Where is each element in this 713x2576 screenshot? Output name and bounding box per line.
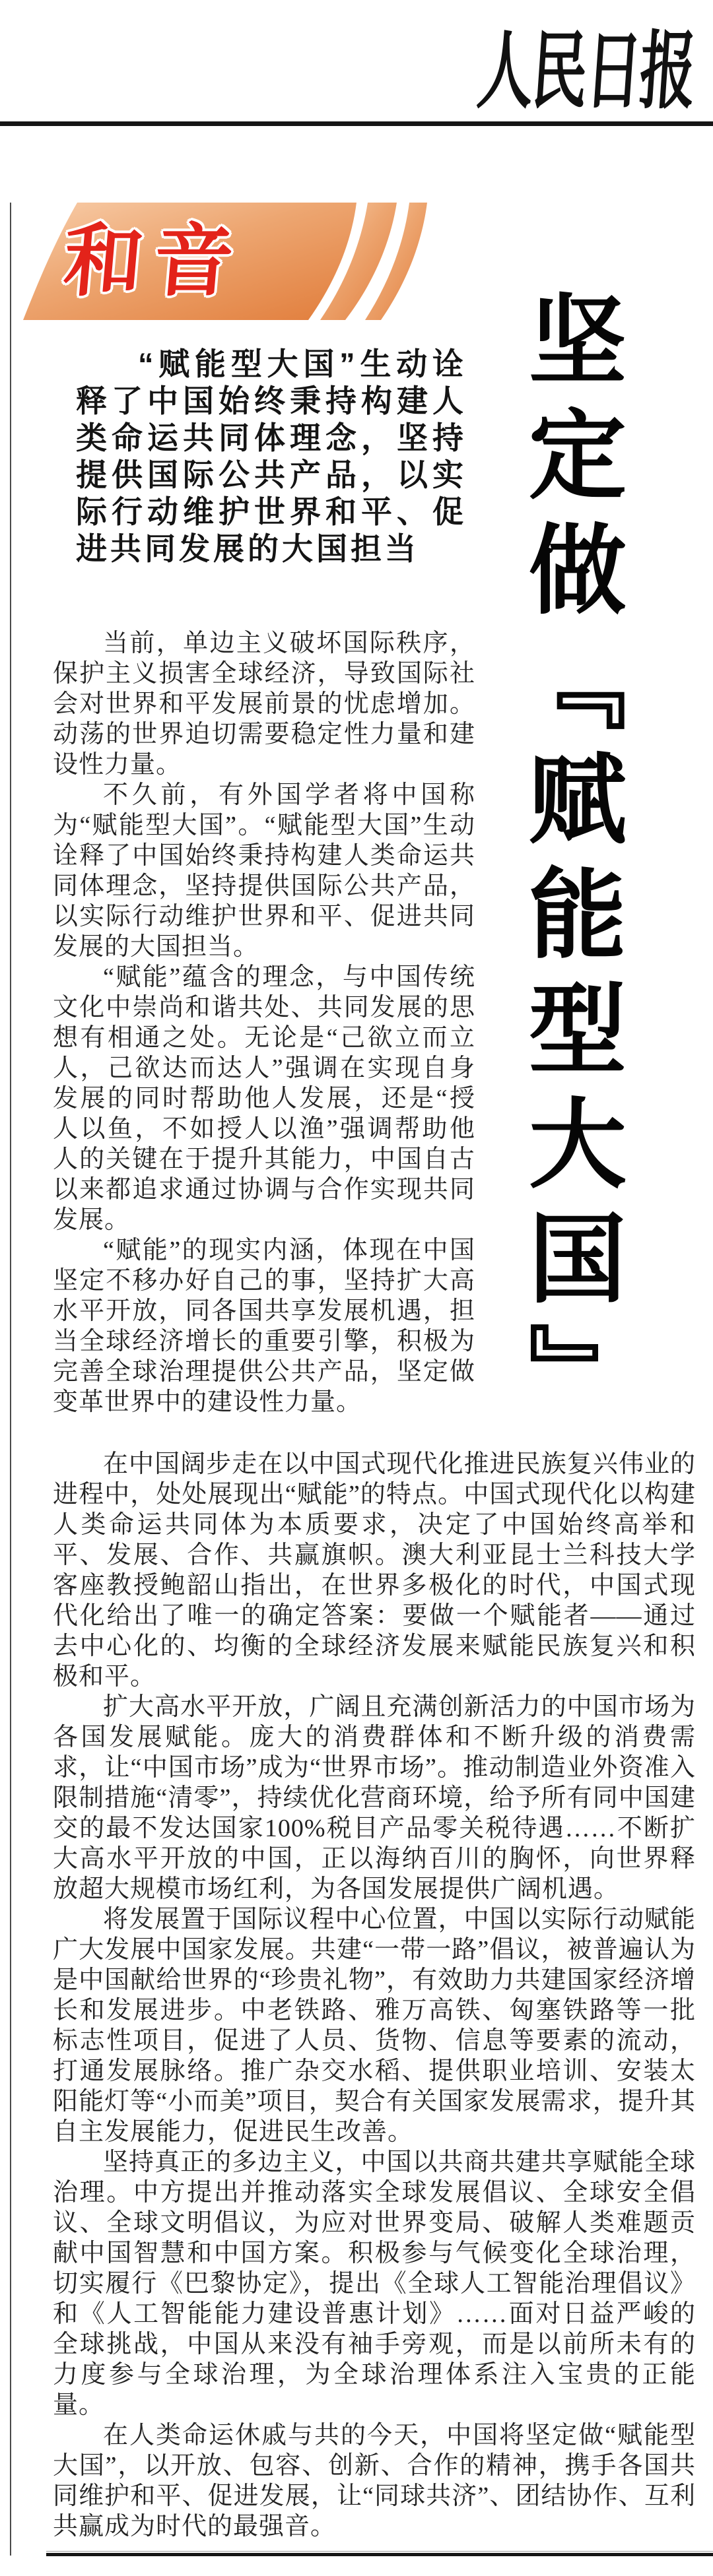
paragraph: 坚持真正的多边主义，中国以共商共建共享赋能全球治理。中方提出并推动落实全球发展倡… — [53, 2147, 696, 2420]
left-column-rule — [10, 203, 11, 2556]
vertical-headline: 坚定做『赋能型大国』 — [516, 289, 622, 1477]
paragraph: 扩大高水平开放，广阔且充满创新活力的中国市场为各国发展赋能。庞大的消费群体和不断… — [53, 1692, 696, 1904]
bottom-double-rule — [46, 2551, 713, 2556]
newspaper-page: 人民日报 和音 坚定做『赋能型大国』 “赋能型大国”生动诠释了中国始终秉持构建人… — [0, 0, 713, 2576]
column-banner: 和音 — [23, 203, 432, 320]
paragraph: 将发展置于国际议程中心位置，中国以实际行动赋能广大发展中国家发展。共建“一带一路… — [53, 1904, 696, 2147]
column-banner-label: 和音 — [59, 212, 248, 311]
article-body-narrow: 当前，单边主义破坏国际秩序，保护主义损害全球经济，导致国际社会对世界和平发展前景… — [53, 628, 475, 1417]
paragraph: 当前，单边主义破坏国际秩序，保护主义损害全球经济，导致国际社会对世界和平发展前景… — [53, 628, 475, 780]
masthead: 人民日报 — [367, 5, 695, 123]
masthead-rule — [0, 121, 713, 126]
paragraph: “赋能”的现实内涵，体现在中国坚定不移办好自己的事，坚持扩大高水平开放，同各国共… — [53, 1235, 475, 1417]
intro-paragraph: “赋能型大国”生动诠释了中国始终秉持构建人类命运共同体理念，坚持提供国际公共产品… — [76, 346, 467, 567]
paragraph: 在人类命运休戚与共的今天，中国将坚定做“赋能型大国”，以开放、包容、创新、合作的… — [53, 2420, 696, 2542]
paragraph: 不久前，有外国学者将中国称为“赋能型大国”。“赋能型大国”生动诠释了中国始终秉持… — [53, 780, 475, 962]
article-body-full: 在中国阔步走在以中国式现代化推进民族复兴伟业的进程中，处处展现出“赋能”的特点。… — [53, 1449, 696, 2542]
paragraph: “赋能”蕴含的理念，与中国传统文化中崇尚和谐共处、共同发展的思想有相通之处。无论… — [53, 962, 475, 1235]
paragraph: 在中国阔步走在以中国式现代化推进民族复兴伟业的进程中，处处展现出“赋能”的特点。… — [53, 1449, 696, 1692]
masthead-title: 人民日报 — [474, 3, 698, 125]
